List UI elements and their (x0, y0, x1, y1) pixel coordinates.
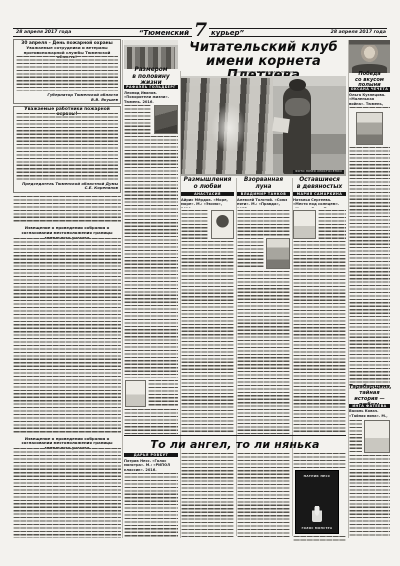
byline-bar: ДАРЬЯ РОВБУТ (124, 453, 178, 458)
review-title-line1: Размышления (181, 177, 234, 184)
body-text-greeked (293, 453, 346, 468)
newspaper-page: 28 апреля 2017 года “Тюменский 7 курьер”… (0, 0, 400, 566)
city-photo-buildings (127, 47, 175, 69)
book-cover (125, 380, 146, 407)
bottom-feature-rule (124, 435, 346, 436)
review-title: Тарабарщина, тайная история — любовь (349, 392, 390, 403)
body-text-greeked (349, 420, 362, 453)
feature-dek: Заседание сто двадцать первое (181, 70, 346, 74)
colonnade-light (211, 104, 247, 152)
byline-bar: ВЛАДИМИР ТАНКОВ (237, 192, 290, 197)
portrait-face (361, 45, 377, 62)
body-text-greeked (293, 536, 346, 541)
byline-bar: ОКСАНА ЧЕЧЕТА (349, 87, 390, 92)
body-text-greeked (124, 136, 178, 378)
review-title-line2: о любви (181, 184, 234, 191)
body-text-greeked (318, 210, 346, 239)
body-text-greeked (237, 210, 290, 236)
book-cover (211, 210, 234, 239)
body-text-greeked (16, 56, 118, 92)
news-brief-greeked (13, 196, 121, 223)
body-text-greeked (237, 453, 290, 539)
body-text-greeked (237, 271, 290, 435)
book-reference: Леонид Иванов. «Покорители жизни». Тюмен… (124, 91, 178, 104)
book-cover (154, 105, 178, 134)
body-text-greeked (13, 238, 121, 433)
book-cover (364, 420, 390, 453)
body-text-greeked (181, 241, 234, 435)
byline-bar: РАФАЭЛЬ ГОЛЬДБЕРГ (124, 85, 178, 90)
body-text-greeked (237, 238, 264, 269)
book-cover-figure (312, 506, 322, 522)
body-text-greeked (349, 107, 390, 110)
review-title: Оставшиеся в девяностых (293, 178, 346, 190)
body-text-greeked (148, 380, 178, 407)
masthead-date-right: 28 апреля 2017 года (291, 29, 386, 36)
book-cover (293, 210, 316, 239)
book-cover (266, 238, 290, 269)
feature-headline-line1: Читательский клуб (181, 41, 346, 55)
book-cover-monster-calls: ПАТРИК НЕСС ГОЛОС МОНСТРА (295, 470, 339, 534)
review-title: Размышления о любви (181, 178, 234, 190)
signature-name: С.Е. Корепанов (16, 186, 118, 190)
body-text-greeked (124, 473, 178, 539)
feature-photo-colonnade: ФОТО ЮРИЯ ХРИСТОСЕНКО (181, 76, 346, 176)
book-reference: Ольга Кузнецова. «Маленькая война». Тюме… (349, 93, 390, 106)
book-reference: Наталья Сергеева. «Место под солнцем». «… (293, 198, 346, 208)
reader-figure-hat (289, 79, 306, 91)
review-title: Победа со вкусом полыни (349, 75, 390, 86)
book-cover (356, 112, 383, 145)
reader-figure-book (272, 117, 289, 133)
review-title-line2: в девяностых (293, 184, 346, 191)
body-text-greeked (124, 409, 178, 434)
review-title-line1: Размером (124, 67, 178, 74)
body-text-greeked (16, 113, 118, 180)
body-text-greeked (349, 455, 390, 538)
byline-bar: МАРИЯ САМАРКИНА (293, 192, 346, 197)
photo-credit: ФОТО ЮРИЯ ХРИСТОСЕНКО (293, 170, 344, 174)
byline-bar: АНАСТАСИЯ ВАСИЛЬЕВА (181, 192, 234, 197)
city-photo (124, 40, 178, 69)
review-title: Размером в половину жизни (124, 71, 178, 83)
book-cover-author: ПАТРИК НЕСС (296, 474, 338, 478)
masthead-logo-numeral: 7 (192, 19, 209, 42)
body-text-greeked (181, 453, 234, 539)
body-text-greeked (293, 241, 346, 435)
body-text-greeked (13, 448, 121, 538)
book-reference: Патрик Несс. «Голос монстра». М.: «РИПОЛ… (124, 459, 178, 472)
review-title-line1: Оставшиеся (293, 177, 346, 184)
body-text-greeked (349, 147, 390, 389)
bottom-feature-headline: То ли ангел, то ли нянька (124, 439, 346, 451)
reader-figure-scarf (285, 98, 310, 116)
book-cover-title: ГОЛОС МОНСТРА (296, 527, 338, 530)
masthead-title-left: “Тюменский (108, 29, 189, 37)
column-rule (122, 40, 123, 538)
body-text-greeked (181, 210, 208, 239)
review-title-line1: Взорванная луна (237, 177, 290, 190)
portrait-photo (349, 40, 390, 73)
masthead-title-right: курьер” (211, 29, 292, 37)
byline-bar: ИНГА ФАТЕЕВА (349, 404, 390, 409)
signature-name: В.В. Якушев (16, 98, 118, 102)
review-title: Взорванная луна (237, 178, 290, 190)
book-reference: Айрис Мёрдок. «Море, море». М.: «Эксмо»,… (181, 198, 234, 208)
book-reference: Василь Ковач. «Тайная вина». М., 2012. (349, 409, 390, 418)
body-text-greeked (124, 105, 151, 134)
masthead-date-left: 28 апреля 2017 года (16, 29, 111, 36)
book-reference: Алексей Толстой. «Союз пяти». М.: «Правд… (237, 198, 290, 208)
